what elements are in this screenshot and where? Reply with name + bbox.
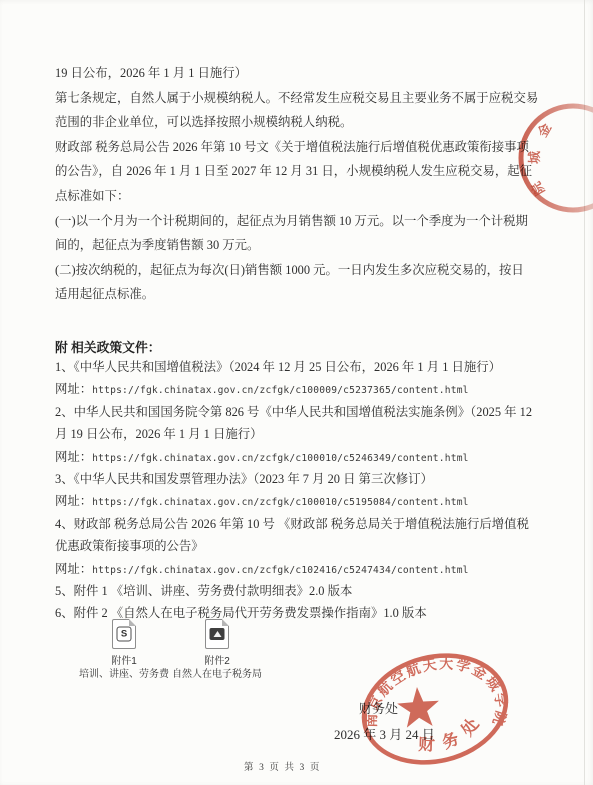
svg-text:城: 城 <box>527 150 542 164</box>
body-line: 19 日公布，2026 年 1 月 1 日施行） <box>55 61 553 86</box>
attachment-filename: 自然人在电子税务局 <box>167 669 267 682</box>
attachment-label: 附件2 <box>167 656 267 669</box>
policy-url-line: 网址：https://fgk.chinatax.gov.cn/zcfgk/c10… <box>55 490 553 512</box>
policy-url-line: 网址：https://fgk.chinatax.gov.cn/zcfgk/c10… <box>55 378 553 400</box>
url-text: https://fgk.chinatax.gov.cn/zcfgk/c10001… <box>92 497 468 508</box>
attachment-item-1[interactable]: S 附件1 培训、讲座、劳务费 <box>74 619 174 681</box>
url-label: 网址： <box>55 450 92 464</box>
scanned-document-page: 19 日公布，2026 年 1 月 1 日施行） 第七条规定，自然人属于小规模纳… <box>0 0 593 785</box>
body-line: 财政部 税务总局公告 2026 年第 10 号文《关于增值税法施行后增值税优惠政… <box>55 135 553 160</box>
policy-line: 3、《中华人民共和国发票管理办法》（2023 年 7 月 20 日 第三次修订） <box>55 468 553 490</box>
pdf-badge-icon <box>210 628 225 640</box>
attachment-filename: 培训、讲座、劳务费 <box>74 669 174 682</box>
attachment-label: 附件1 <box>74 656 174 669</box>
attachment-item-2[interactable]: 附件2 自然人在电子税务局 <box>167 619 267 681</box>
policy-url-line: 网址：https://fgk.chinatax.gov.cn/zcfgk/c10… <box>55 446 553 468</box>
spreadsheet-file-icon: S <box>112 619 136 649</box>
body-line: 第七条规定，自然人属于小规模纳税人。不经常发生应税交易且主要业务不属于应税交易 <box>55 86 553 111</box>
policy-url-line: 网址：https://fgk.chinatax.gov.cn/zcfgk/c10… <box>55 558 553 580</box>
body-paragraph: 19 日公布，2026 年 1 月 1 日施行） 第七条规定，自然人属于小规模纳… <box>55 61 553 307</box>
body-line: 间的，起征点为季度销售额 30 万元。 <box>55 233 553 258</box>
url-label: 网址： <box>55 382 92 396</box>
body-line: (二)按次纳税的，起征点为每次(日)销售额 1000 元。一日内发生多次应税交易… <box>55 258 553 283</box>
policy-file-list: 1、《中华人民共和国增值税法》（2024 年 12 月 25 日公布，2026 … <box>55 356 553 625</box>
url-text: https://fgk.chinatax.gov.cn/zcfgk/c10000… <box>92 385 468 396</box>
policy-line: 1、《中华人民共和国增值税法》（2024 年 12 月 25 日公布，2026 … <box>55 356 553 378</box>
url-label: 网址： <box>55 562 92 576</box>
body-line: 范围的非企业单位，可以选择按照小规模纳税人纳税。 <box>55 110 553 135</box>
url-text: https://fgk.chinatax.gov.cn/zcfgk/c10241… <box>92 565 468 576</box>
body-line: 适用起征点标准。 <box>55 282 553 307</box>
body-line: (一)以一个月为一个计税期间的，起征点为月销售额 10 万元。以一个季度为一个计… <box>55 209 553 234</box>
body-line: 的公告》，自 2026 年 1 月 1 日至 2027 年 12 月 31 日，… <box>55 159 553 184</box>
body-line: 点标准如下： <box>55 184 553 209</box>
policy-line: 5、附件 1 《培训、讲座、劳务费付款明细表》2.0 版本 <box>55 580 553 602</box>
star-icon <box>396 686 440 729</box>
policy-line: 月 19 日公布，2026 年 1 月 1 日施行） <box>55 423 553 445</box>
pdf-file-icon <box>205 619 229 649</box>
policy-line: 优惠政策衔接事项的公告》 <box>55 535 553 557</box>
partial-seal-stamp-icon: 金 城 院 <box>505 96 593 226</box>
svg-text:院: 院 <box>528 179 547 198</box>
policy-section-title: 附 相关政策文件： <box>55 337 161 356</box>
svg-text:金: 金 <box>535 121 554 140</box>
finance-office-seal-stamp-icon: 南京航空航天大学金城学院 财 务 处 <box>340 641 530 777</box>
url-label: 网址： <box>55 494 92 508</box>
spreadsheet-badge-icon: S <box>117 627 132 642</box>
policy-line: 2、中华人民共和国国务院令第 826 号《中华人民共和国增值税法实施条例》（20… <box>55 401 553 423</box>
page-number-footer: 第 3 页 共 3 页 <box>244 759 321 773</box>
url-text: https://fgk.chinatax.gov.cn/zcfgk/c10001… <box>92 453 468 464</box>
policy-line: 4、财政部 税务总局公告 2026 年第 10 号 《财政部 税务总局关于增值税… <box>55 513 553 535</box>
